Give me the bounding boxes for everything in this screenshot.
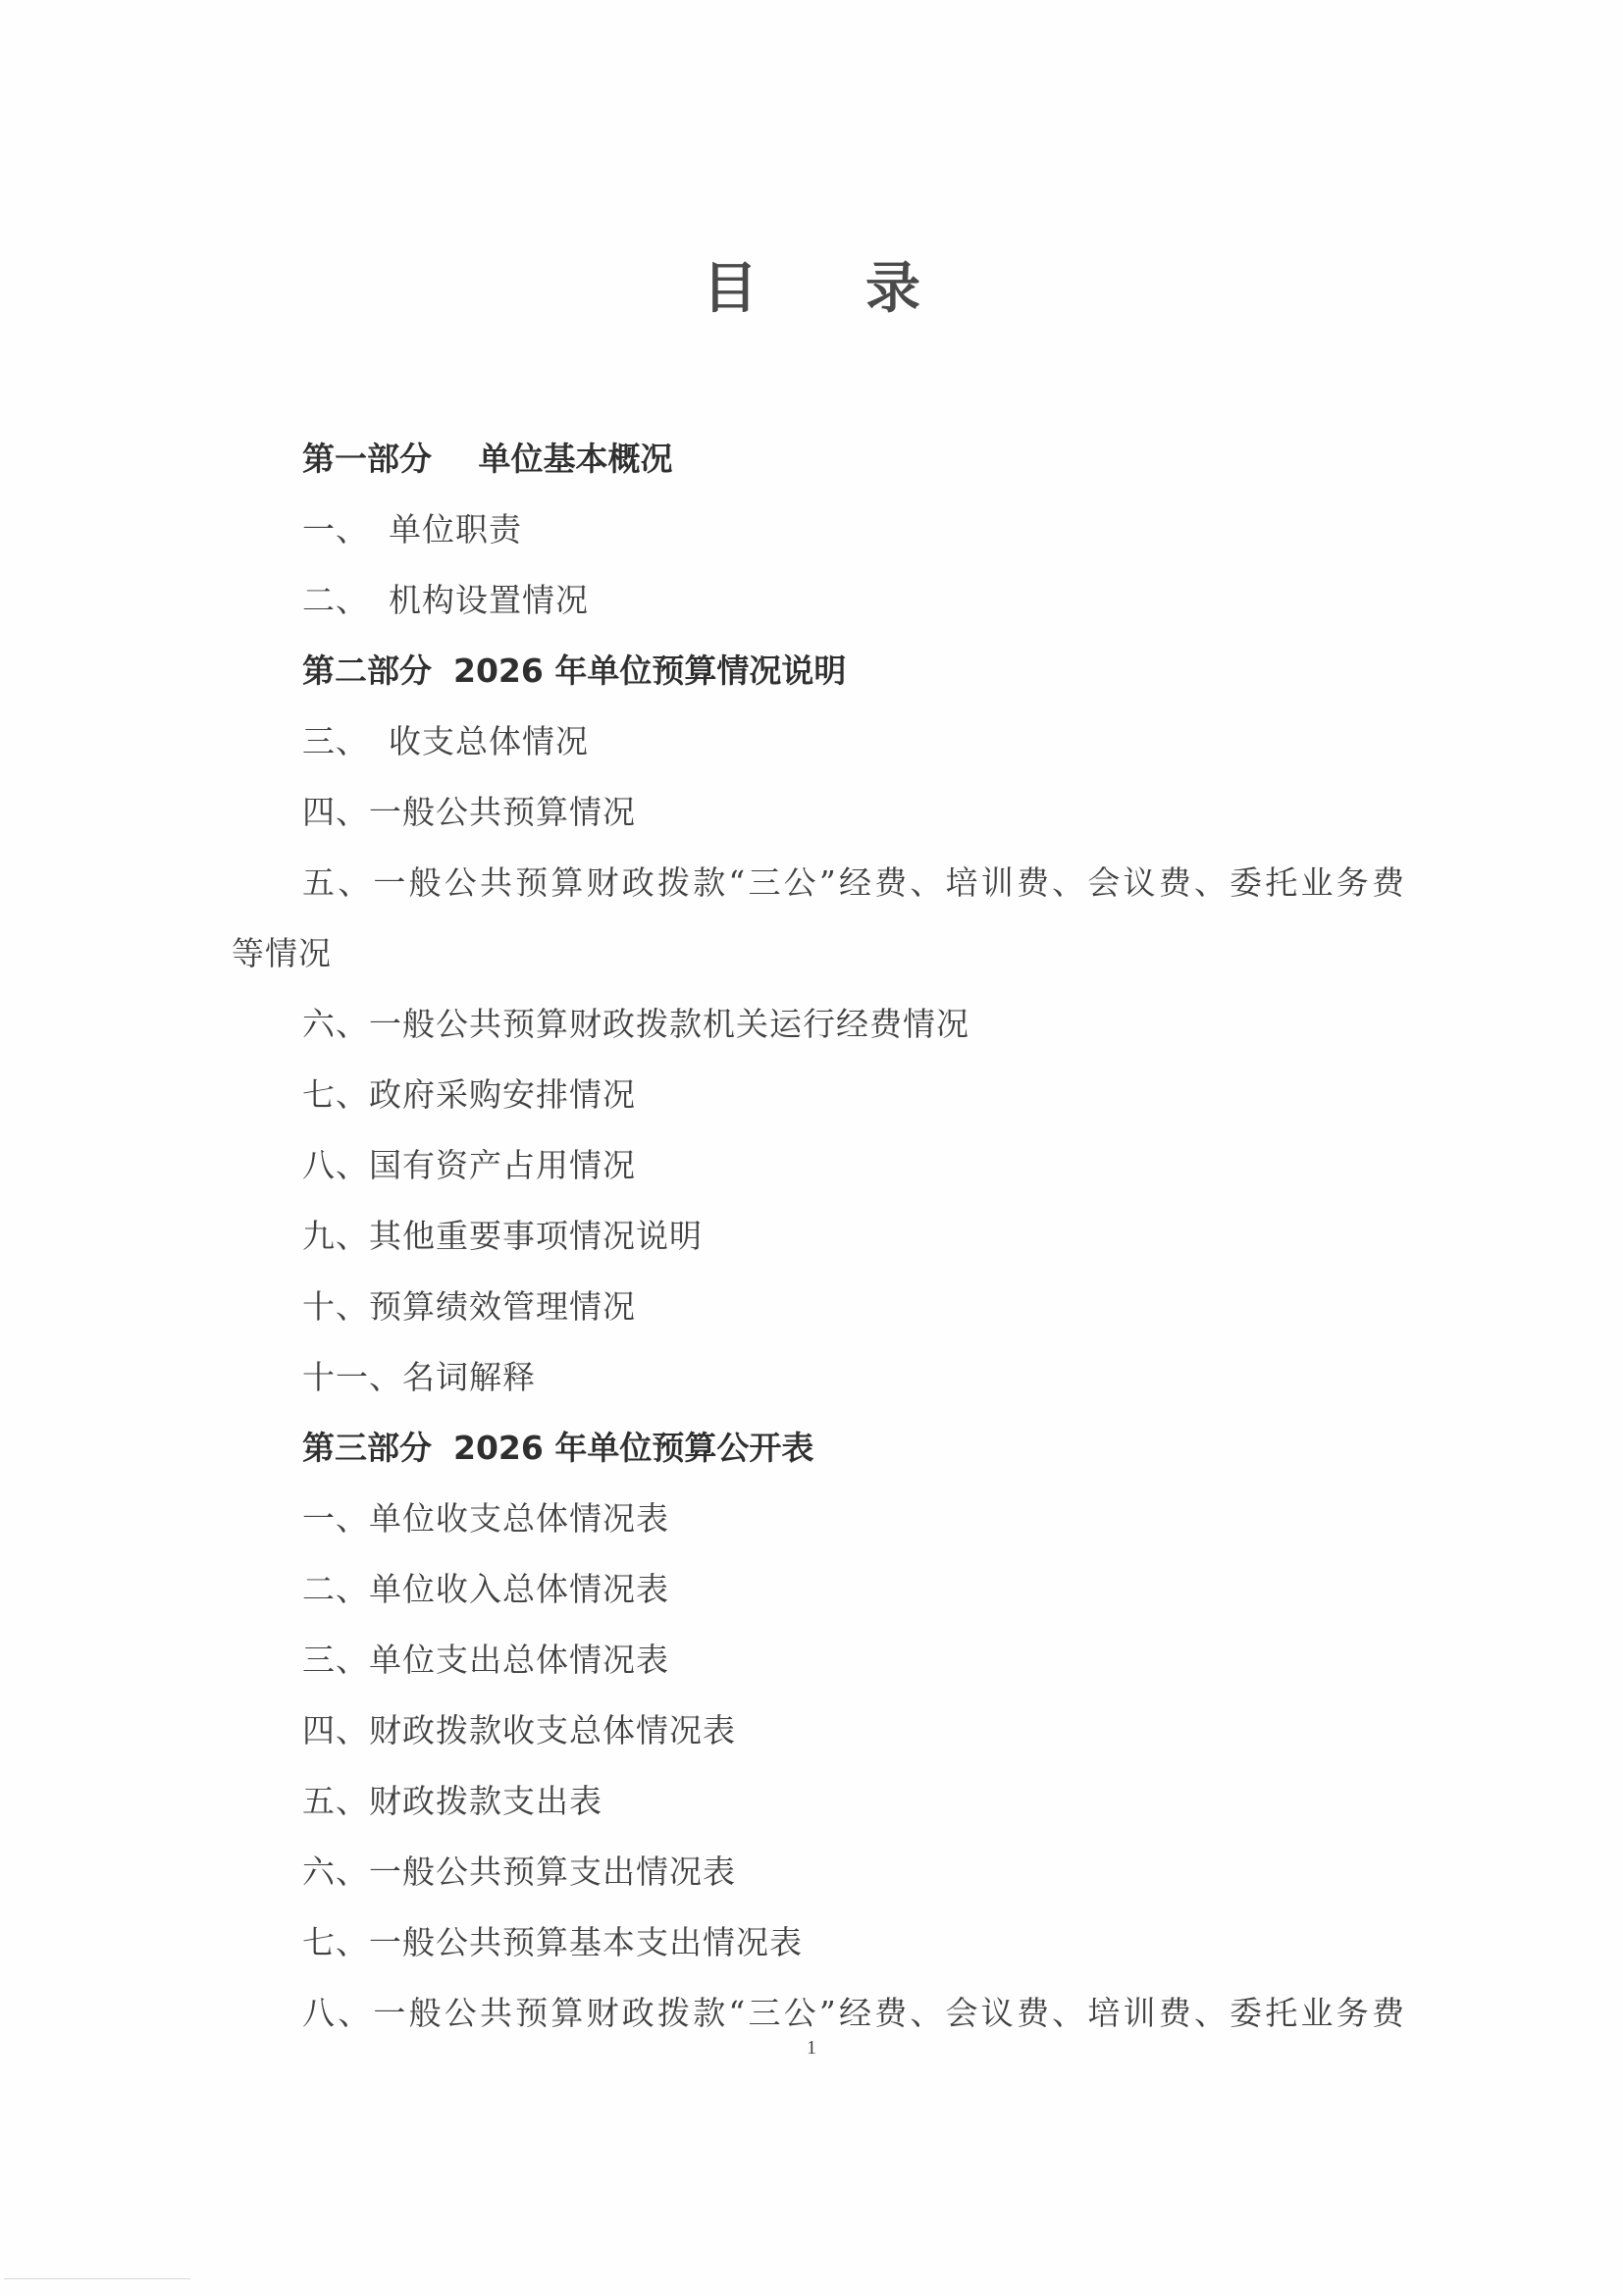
toc-part-1-heading[interactable]: 第一部分 单位基本概况 [232,424,1423,495]
toc-entry[interactable]: 五、一般公共预算财政拨款“三公”经费、培训费、会议费、委托业务费 [232,848,1423,918]
entry-text: 国有资产占用情况 [369,1146,636,1184]
entry-text: 单位支出总体情况表 [369,1641,669,1679]
document-page: 目录 第一部分 单位基本概况 一、单位职责 二、机构设置情况 第二部分2026 … [0,0,1623,2296]
entry-text: 单位收支总体情况表 [369,1499,669,1538]
entry-number: 三、 [302,706,369,777]
table-of-contents: 第一部分 单位基本概况 一、单位职责 二、机构设置情况 第二部分2026 年单位… [232,424,1423,2049]
toc-entry-continuation[interactable]: 等情况 [232,918,1423,989]
entry-text: 名词解释 [402,1358,536,1396]
toc-entry[interactable]: 七、政府采购安排情况 [232,1060,1423,1130]
toc-part-2-heading[interactable]: 第二部分2026 年单位预算情况说明 [232,636,1423,706]
title-char-1: 目 [703,245,758,324]
toc-entry[interactable]: 二、机构设置情况 [232,565,1423,636]
entry-text: 一般公共预算财政拨款机关运行经费情况 [369,1005,969,1043]
toc-entry[interactable]: 七、一般公共预算基本支出情况表 [232,1907,1423,1978]
toc-entry[interactable]: 四、财政拨款收支总体情况表 [232,1696,1423,1766]
title-char-2: 录 [865,245,920,324]
entry-number: 七、 [302,1907,369,1978]
entry-text: 一般公共预算情况 [369,793,636,831]
entry-text: 一般公共预算财政拨款“三公”经费、培训费、会议费、委托业务费 [373,863,1407,902]
toc-entry[interactable]: 五、财政拨款支出表 [232,1766,1423,1837]
entry-text: 财政拨款支出表 [369,1782,602,1820]
entry-text: 收支总体情况 [389,722,589,760]
part-title: 单位基本概况 [479,440,673,478]
entry-text: 一般公共预算财政拨款“三公”经费、会议费、培训费、委托业务费 [373,1994,1407,2032]
toc-part-3-heading[interactable]: 第三部分2026 年单位预算公开表 [232,1413,1423,1484]
entry-number: 三、 [302,1625,369,1696]
entry-number: 四、 [302,1696,369,1766]
entry-text: 单位职责 [389,510,522,548]
toc-entry[interactable]: 二、单位收入总体情况表 [232,1554,1423,1625]
entry-number: 一、 [302,495,369,565]
entry-text-continuation: 等情况 [232,934,332,972]
entry-text: 其他重要事项情况说明 [369,1217,703,1255]
toc-entry[interactable]: 十、预算绩效管理情况 [232,1272,1423,1342]
toc-entry[interactable]: 十一、名词解释 [232,1342,1423,1413]
entry-number: 九、 [302,1201,369,1272]
toc-entry[interactable]: 三、单位支出总体情况表 [232,1625,1423,1696]
entry-text: 单位收入总体情况表 [369,1570,669,1608]
entry-number: 六、 [302,989,369,1060]
entry-number: 五、 [302,848,373,918]
toc-entry[interactable]: 四、一般公共预算情况 [232,777,1423,848]
scan-artifact-line [4,2278,190,2279]
entry-number: 十一、 [302,1342,402,1413]
entry-number: 八、 [302,1130,369,1201]
entry-number: 二、 [302,565,369,636]
entry-text: 一般公共预算支出情况表 [369,1852,736,1891]
toc-entry[interactable]: 一、单位收支总体情况表 [232,1484,1423,1554]
entry-text: 财政拨款收支总体情况表 [369,1711,736,1749]
entry-number: 五、 [302,1766,369,1837]
toc-entry[interactable]: 九、其他重要事项情况说明 [232,1201,1423,1272]
entry-number: 六、 [302,1837,369,1907]
part-label: 第一部分 [302,440,432,478]
entry-number: 四、 [302,777,369,848]
entry-number: 一、 [302,1484,369,1554]
toc-entry[interactable]: 八、国有资产占用情况 [232,1130,1423,1201]
entry-number: 二、 [302,1554,369,1625]
part-title: 2026 年单位预算公开表 [453,1429,813,1467]
part-title: 2026 年单位预算情况说明 [453,652,846,690]
entry-text: 政府采购安排情况 [369,1075,636,1114]
page-number: 1 [0,2037,1623,2060]
entry-number: 七、 [302,1060,369,1130]
entry-text: 一般公共预算基本支出情况表 [369,1923,803,1961]
toc-entry[interactable]: 一、单位职责 [232,495,1423,565]
entry-text: 预算绩效管理情况 [369,1287,636,1326]
toc-entry[interactable]: 六、一般公共预算财政拨款机关运行经费情况 [232,989,1423,1060]
part-label: 第二部分 [302,652,432,690]
toc-entry[interactable]: 六、一般公共预算支出情况表 [232,1837,1423,1907]
entry-number: 十、 [302,1272,369,1342]
entry-text: 机构设置情况 [389,581,589,619]
page-title: 目录 [0,245,1623,324]
part-label: 第三部分 [302,1429,432,1467]
toc-entry[interactable]: 三、收支总体情况 [232,706,1423,777]
